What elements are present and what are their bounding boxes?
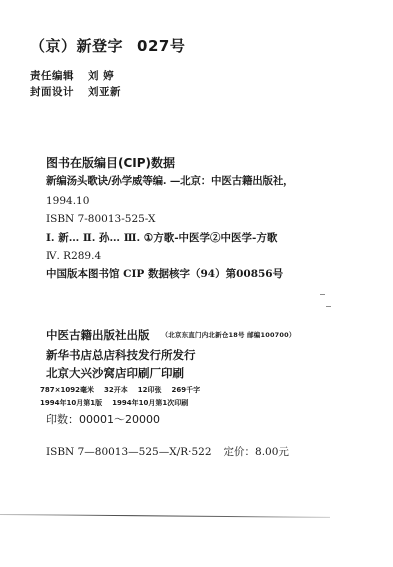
publisher-line: 中医古籍出版社出版（北京东直门内北新仓18号 邮编100700） — [46, 330, 296, 342]
book-specs: 787×1092毫米32开本12印张269千字 — [40, 387, 200, 394]
spec-printing: 1994年10月第1次印刷 — [112, 399, 188, 407]
registration-prefix: （京）新登字 — [30, 37, 123, 55]
credit-role: 责任编辑 — [30, 70, 74, 82]
registration-number: （京）新登字027号 — [30, 39, 185, 54]
spec-edition: 1994年10月第1版 — [40, 399, 102, 407]
distributor-line: 新华书店总店科技发行所发行 — [46, 350, 196, 362]
print-run: 印数：00001～20000 — [46, 414, 160, 425]
printer-line: 北京大兴沙窝店印刷厂印刷 — [46, 368, 184, 380]
registration-code: 027号 — [137, 37, 185, 55]
scan-speck — [326, 306, 331, 307]
cip-line: Ⅳ. R289.4 — [46, 251, 101, 262]
cip-line: Ⅰ. 新… Ⅱ. 孙… Ⅲ. ①方歌-中医学②中医学-方歌 — [46, 233, 277, 244]
edition-info: 1994年10月第1版1994年10月第1次印刷 — [40, 400, 188, 407]
spec-kai: 32开本 — [104, 386, 128, 394]
publisher-name: 中医古籍出版社出版 — [46, 328, 150, 342]
cip-heading: 图书在版编目(CIP)数据 — [46, 157, 175, 169]
cip-line: 中国版本图书馆 CIP 数据核字（94）第00856号 — [46, 269, 283, 280]
credit-cover-design: 封面设计刘亚新 — [30, 87, 121, 98]
credit-name: 刘 婷 — [88, 70, 114, 82]
price: 定价：8.00元 — [224, 446, 289, 458]
credit-role: 封面设计 — [30, 86, 74, 98]
spec-words: 269千字 — [171, 386, 200, 394]
isbn: ISBN 7—80013—525—X/R·522 — [46, 446, 212, 458]
scan-artifact-line — [0, 514, 330, 518]
cip-line: ISBN 7-80013-525-X — [46, 214, 155, 225]
spec-sheets: 12印张 — [138, 386, 162, 394]
publisher-address: （北京东直门内北新仓18号 邮编100700） — [162, 331, 296, 339]
credit-name: 刘亚新 — [88, 86, 121, 98]
cip-line: 新编汤头歌诀/孙学威等编. —北京：中医古籍出版社， — [46, 176, 293, 187]
credit-editor: 责任编辑刘 婷 — [30, 71, 114, 82]
isbn-price-line: ISBN 7—80013—525—X/R·522定价：8.00元 — [46, 447, 289, 458]
scan-speck — [320, 294, 325, 295]
spec-format: 787×1092毫米 — [40, 386, 94, 394]
cip-line: 1994.10 — [46, 196, 89, 207]
